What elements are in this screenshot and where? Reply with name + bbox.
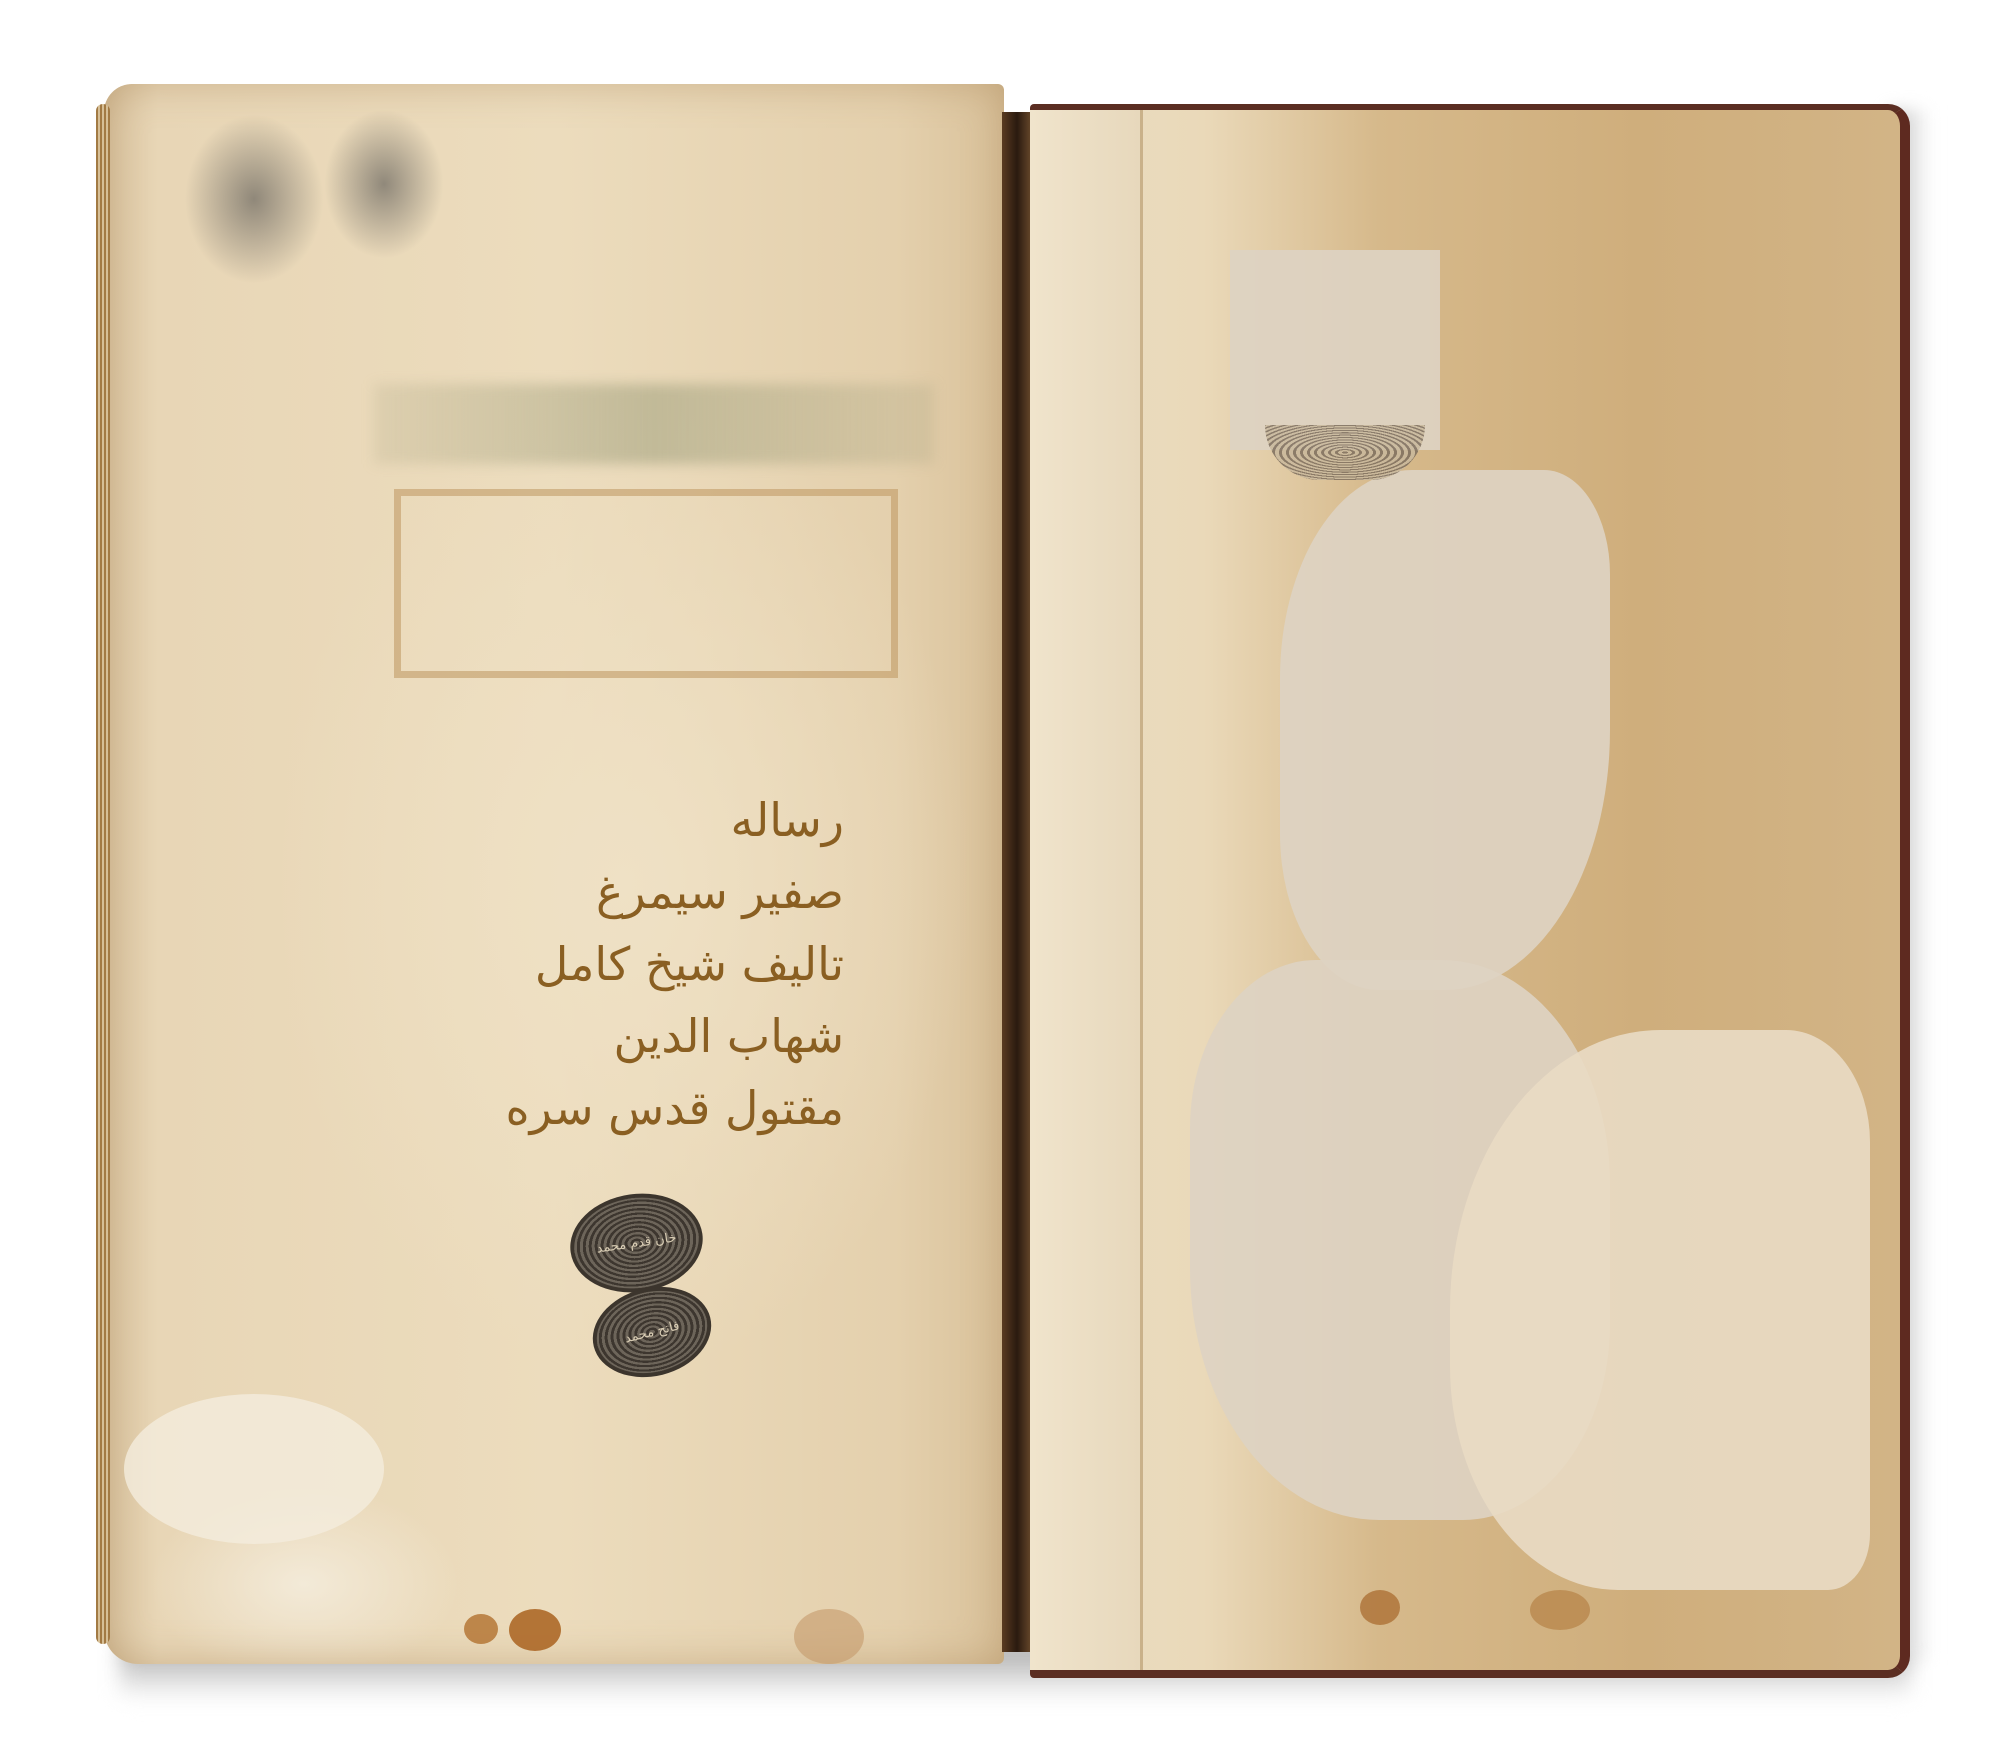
seal-text: فاتح محمد [623,1318,681,1346]
blank-title-frame [394,489,898,678]
seal-impression-icon: فاتح محمد [583,1275,721,1389]
title-line: شهاب الدین [484,1000,844,1072]
water-stain [509,1609,561,1651]
ink-smudge [324,109,444,259]
water-stain [1360,1590,1400,1625]
title-line: تالیف شیخ کامل [484,928,844,1000]
worn-area [124,1394,384,1544]
faded-band [374,384,934,464]
page-edges [96,104,110,1644]
seal-impression-icon: خان قدم محمد [564,1185,709,1301]
water-stain [1530,1590,1590,1630]
handwritten-title: رساله صفیر سیمرغ تالیف شیخ کامل شهاب الد… [484,784,844,1144]
paper-patch [1230,250,1440,450]
title-line: رساله [484,784,844,856]
right-page [1030,104,1910,1678]
paper-patch [1450,1030,1870,1590]
title-line: مقتول قدس سره [484,1072,844,1144]
ink-smudge [184,114,324,284]
seal-text: خان قدم محمد [596,1230,678,1256]
left-page: رساله صفیر سیمرغ تالیف شیخ کامل شهاب الد… [104,84,1004,1664]
title-line: صفیر سیمرغ [484,856,844,928]
book-spine [1002,112,1032,1652]
paper-patch [1280,470,1610,990]
hinge-strip [1030,110,1143,1670]
water-stain [464,1614,498,1644]
water-stain [794,1609,864,1664]
